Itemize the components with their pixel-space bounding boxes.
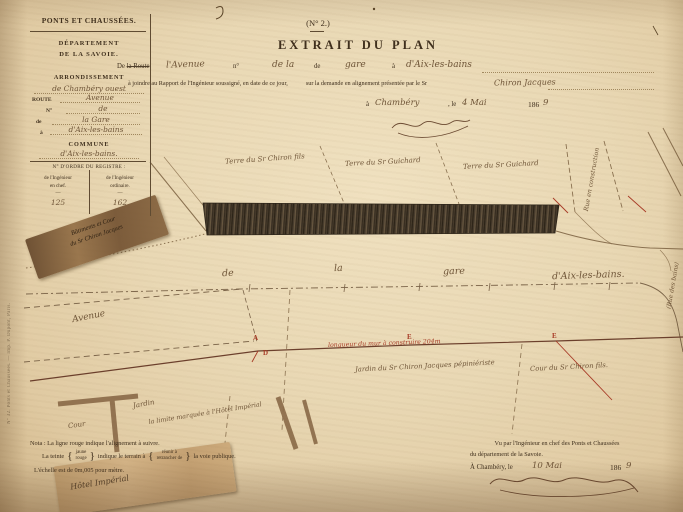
- street-under-construction-lines: [553, 128, 683, 244]
- commune-label: COMMUNE: [28, 141, 150, 148]
- approval-hand-year: 9: [626, 461, 631, 471]
- registre-val2: 162: [98, 198, 142, 207]
- a-value: d'Aix-les-bains: [50, 125, 142, 135]
- numero-label: N°: [46, 108, 52, 114]
- route-value: Avenue: [60, 93, 140, 103]
- year-printed: 186: [528, 100, 539, 109]
- hand-gare: gare: [345, 60, 366, 70]
- chief-engineer-signature: [490, 478, 638, 497]
- column-divider: [89, 170, 90, 214]
- hand-de-la: de la: [272, 60, 294, 70]
- scanned-plan-document: Bâtiments et Cour du Sr Chiron Jacques H…: [0, 0, 683, 512]
- divider: [30, 31, 146, 32]
- approval-line2: du département de la Savoie.: [470, 451, 543, 458]
- registre-label: N° D'ORDRE DU REGISTRE :: [28, 164, 150, 170]
- nota-line2: La teinte { jaunerouge } indique le terr…: [42, 450, 236, 462]
- retaining-wall-hatched: [203, 203, 559, 235]
- hand-date: 4 Mai: [462, 98, 487, 108]
- registre-val1: 125: [36, 198, 80, 207]
- hand-avenue: l'Avenue: [166, 59, 205, 70]
- engineer-signature: [392, 120, 470, 137]
- approval-place-label: À Chambéry, le: [470, 464, 513, 471]
- blank-line: [482, 72, 654, 73]
- form-line1-no: n°: [233, 63, 239, 70]
- form-line1-a: à: [392, 63, 395, 70]
- registre-col1: de l'Ingénieuren chef.—: [30, 175, 86, 198]
- approval-year-printed: 186: [610, 463, 621, 472]
- road-name-la: la: [334, 263, 343, 274]
- form-line2: à joindre au Rapport de l'Ingénieur sous…: [128, 80, 427, 87]
- approval-hand-date: 10 Mai: [532, 461, 562, 471]
- point-a: A: [253, 334, 258, 342]
- place-label: à: [366, 101, 369, 108]
- service-title: PONTS ET CHAUSSÉES.: [28, 16, 150, 25]
- de-value: la Gare: [52, 115, 140, 125]
- hand-place: Chambéry: [375, 98, 419, 108]
- sheet-number: (N° 2.): [296, 18, 340, 28]
- divider: [30, 161, 146, 162]
- approval-line1: Vu par l'Ingénieur en chef des Ponts et …: [448, 440, 666, 447]
- form-line1-route: De la Route: [117, 63, 149, 70]
- a-label: à: [40, 130, 43, 136]
- sheet-number-underline: [310, 31, 324, 32]
- point-d: D: [263, 349, 268, 357]
- commune-value: d'Aix-les-bains.: [36, 149, 142, 159]
- nota-line1: Nota : La ligne rouge indique l'aligneme…: [30, 440, 160, 447]
- route-label: ROUTE: [32, 97, 52, 103]
- hand-aix: d'Aix-les-bains: [406, 60, 472, 70]
- hand-petitioner-name: Chiron Jacques: [494, 77, 556, 87]
- department-line1: DÉPARTEMENT: [28, 40, 150, 47]
- road-name-de: de: [222, 268, 234, 280]
- form-line1-de: de: [314, 63, 320, 70]
- registre-col2: de l'Ingénieurordinaire.—: [92, 175, 148, 198]
- le-label: , le: [448, 101, 456, 108]
- printer-imprint: N° 32. Ponts et Chaussées. — Imp. P. Dup…: [7, 303, 12, 424]
- page-title: EXTRAIT DU PLAN: [272, 38, 444, 53]
- numero-value: de: [66, 104, 140, 114]
- stamp-box-border: [150, 14, 151, 216]
- de-label: de: [36, 119, 42, 125]
- road-name-gare: gare: [443, 266, 465, 278]
- point-e2: E: [552, 332, 557, 340]
- hand-year: 9: [543, 98, 548, 108]
- department-line2: DE LA SAVOIE.: [28, 51, 150, 58]
- ink-flourishes: [216, 7, 658, 35]
- nota-line3: L'échelle est de 0m,005 pour mètre.: [34, 467, 124, 474]
- blank-line: [548, 89, 654, 90]
